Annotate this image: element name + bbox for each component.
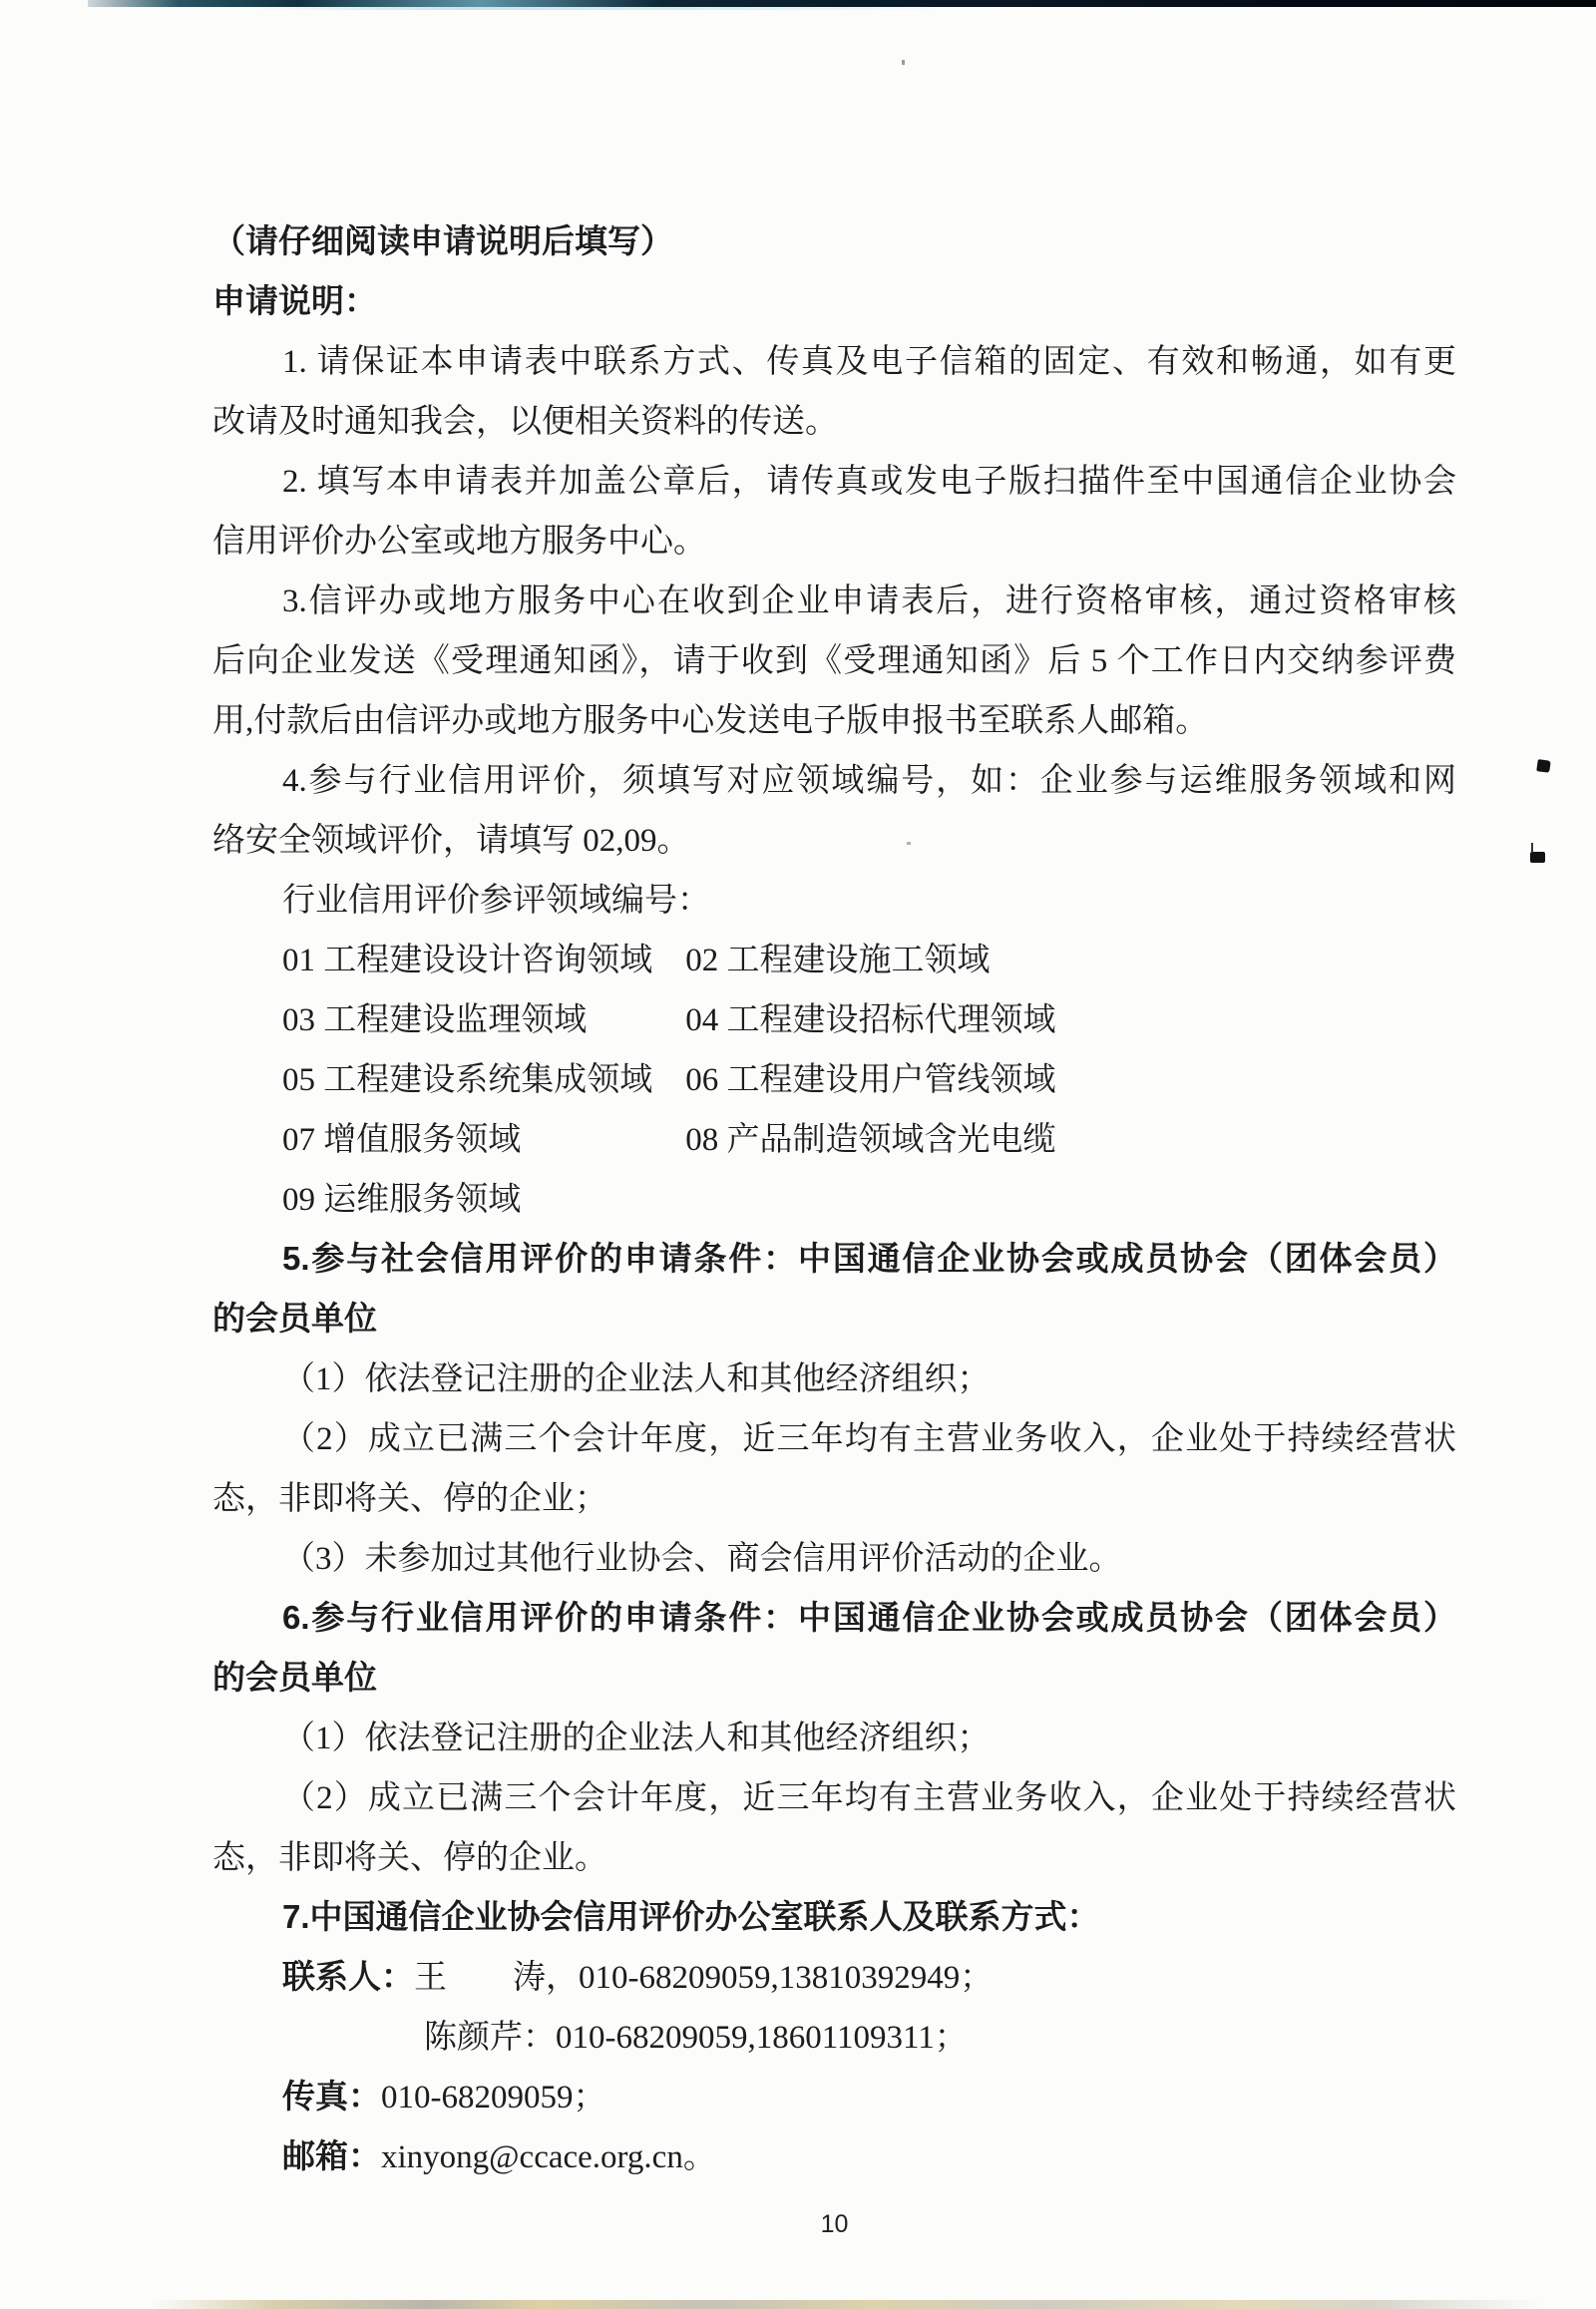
line-text: 申请说明： [212,282,377,319]
text-line: 6.参与行业信用评价的申请条件：中国通信企业协会或成员协会（团体会员） [212,1588,1456,1648]
line-text: 的会员单位 [212,1659,377,1696]
text-line: 态，非即将关、停的企业。 [212,1827,1456,1887]
line-text: 态，非即将关、停的企业； [212,1481,607,1517]
line-label: 联系人： [282,1958,414,1995]
line-text: 6.参与行业信用评价的申请条件：中国通信企业协会或成员协会（团体会员） [282,1599,1456,1636]
line-text: 09 运维服务领域 [282,1182,521,1218]
scan-speckle [907,842,911,845]
line-text: 王 涛，010-68209059,13810392949； [414,1960,993,1996]
scan-artifact-bottom-band [150,2300,1541,2309]
text-line: 01 工程建设设计咨询领域 02 工程建设施工领域 [212,930,1456,989]
text-line: 态，非即将关、停的企业； [212,1468,1456,1528]
line-text: 络安全领域评价，请填写 02,09。 [212,823,690,859]
text-line: 用,付款后由信评办或地方服务中心发送电子版申报书至联系人邮箱。 [212,690,1456,750]
ink-spot [1536,759,1551,773]
text-line: 7.中国通信企业协会信用评价办公室联系人及联系方式： [212,1887,1456,1947]
text-line: 改请及时通知我会，以便相关资料的传送。 [212,391,1456,451]
text-line: （请仔细阅读申请说明后填写） [212,211,1456,271]
text-line: 行业信用评价参评领域编号： [212,870,1456,930]
text-line: （2）成立已满三个会计年度，近三年均有主营业务收入，企业处于持续经营状 [212,1767,1456,1827]
text-line: 申请说明： [212,271,1456,331]
text-line: （1）依法登记注册的企业法人和其他经济组织； [212,1708,1456,1767]
text-line: 1. 请保证本申请表中联系方式、传真及电子信箱的固定、有效和畅通，如有更 [212,331,1456,391]
line-text: 010-68209059； [381,2080,606,2116]
line-text: 01 工程建设设计咨询领域 02 工程建设施工领域 [282,943,991,978]
page-number: 10 [212,2210,1456,2239]
line-text: （2）成立已满三个会计年度，近三年均有主营业务收入，企业处于持续经营状 [282,1780,1456,1816]
text-line: 陈颜芹：010-68209059,18601109311； [212,2007,1456,2067]
line-text: （1）依法登记注册的企业法人和其他经济组织； [282,1361,991,1397]
scan-artifact-top-band [88,0,1596,7]
text-line: 的会员单位 [212,1648,1456,1708]
line-text: 4.参与行业信用评价，须填写对应领域编号，如：企业参与运维服务领域和网 [282,763,1456,799]
text-line: 3.信评办或地方服务中心在收到企业申请表后，进行资格审核，通过资格审核 [212,571,1456,630]
scan-speckle [902,60,905,65]
line-text: 后向企业发送《受理通知函》，请于收到《受理通知函》后 5 个工作日内交纳参评费 [212,643,1456,679]
text-line: 2. 填写本申请表并加盖公章后，请传真或发电子版扫描件至中国通信企业协会 [212,451,1456,511]
text-line: 联系人：王 涛，010-68209059,13810392949； [212,1947,1456,2007]
line-text: 07 增值服务领域 08 产品制造领域含光电缆 [282,1122,1056,1158]
line-text: 陈颜芹：010-68209059,18601109311； [424,2020,968,2056]
line-text: 5.参与社会信用评价的申请条件：中国通信企业协会或成员协会（团体会员） [282,1240,1456,1277]
line-text: 行业信用评价参评领域编号： [282,883,710,919]
line-text: 05 工程建设系统集成领域 06 工程建设用户管线领域 [282,1062,1056,1098]
text-line: 09 运维服务领域 [212,1169,1456,1229]
text-line: 邮箱：xinyong@ccace.org.cn。 [212,2126,1456,2186]
text-line: （2）成立已满三个会计年度，近三年均有主营业务收入，企业处于持续经营状 [212,1408,1456,1468]
line-text: （1）依法登记注册的企业法人和其他经济组织； [282,1721,991,1756]
line-label: 传真： [282,2078,381,2115]
text-line: 05 工程建设系统集成领域 06 工程建设用户管线领域 [212,1049,1456,1109]
document-text-block: （请仔细阅读申请说明后填写）申请说明：1. 请保证本申请表中联系方式、传真及电子… [212,211,1456,2186]
line-label: 邮箱： [282,2137,381,2174]
document-page: （请仔细阅读申请说明后填写）申请说明：1. 请保证本申请表中联系方式、传真及电子… [0,0,1596,2309]
text-line: 的会员单位 [212,1289,1456,1348]
line-text: 态，非即将关、停的企业。 [212,1840,607,1876]
line-text: 信用评价办公室或地方服务中心。 [212,524,706,560]
line-text: 改请及时通知我会，以便相关资料的传送。 [212,404,838,440]
line-text: 3.信评办或地方服务中心在收到企业申请表后，进行资格审核，通过资格审核 [282,583,1456,619]
text-line: 传真：010-68209059； [212,2067,1456,2126]
line-text: 的会员单位 [212,1300,377,1337]
line-text: 用,付款后由信评办或地方服务中心发送电子版申报书至联系人邮箱。 [212,703,1208,739]
text-line: 信用评价办公室或地方服务中心。 [212,511,1456,571]
line-text: （请仔细阅读申请说明后填写） [212,222,673,259]
text-line: 4.参与行业信用评价，须填写对应领域编号，如：企业参与运维服务领域和网 [212,750,1456,810]
line-text: （2）成立已满三个会计年度，近三年均有主营业务收入，企业处于持续经营状 [282,1421,1456,1457]
text-line: （3）未参加过其他行业协会、商会信用评价活动的企业。 [212,1528,1456,1588]
text-line: 07 增值服务领域 08 产品制造领域含光电缆 [212,1109,1456,1169]
text-line: 络安全领域评价，请填写 02,09。 [212,810,1456,870]
line-text: 7.中国通信企业协会信用评价办公室联系人及联系方式： [282,1898,1100,1935]
line-text: xinyong@ccace.org.cn。 [381,2139,716,2175]
line-text: 1. 请保证本申请表中联系方式、传真及电子信箱的固定、有效和畅通，如有更 [282,344,1456,380]
line-text: （3）未参加过其他行业协会、商会信用评价活动的企业。 [282,1541,1122,1577]
text-line: 后向企业发送《受理通知函》，请于收到《受理通知函》后 5 个工作日内交纳参评费 [212,630,1456,690]
line-text: 03 工程建设监理领域 04 工程建设招标代理领域 [282,1002,1056,1038]
text-line: （1）依法登记注册的企业法人和其他经济组织； [212,1348,1456,1408]
ink-spot [1530,852,1545,863]
text-line: 03 工程建设监理领域 04 工程建设招标代理领域 [212,989,1456,1049]
line-text: 2. 填写本申请表并加盖公章后，请传真或发电子版扫描件至中国通信企业协会 [282,464,1456,500]
text-line: 5.参与社会信用评价的申请条件：中国通信企业协会或成员协会（团体会员） [212,1229,1456,1289]
scan-artifact-top-glow [249,7,948,10]
